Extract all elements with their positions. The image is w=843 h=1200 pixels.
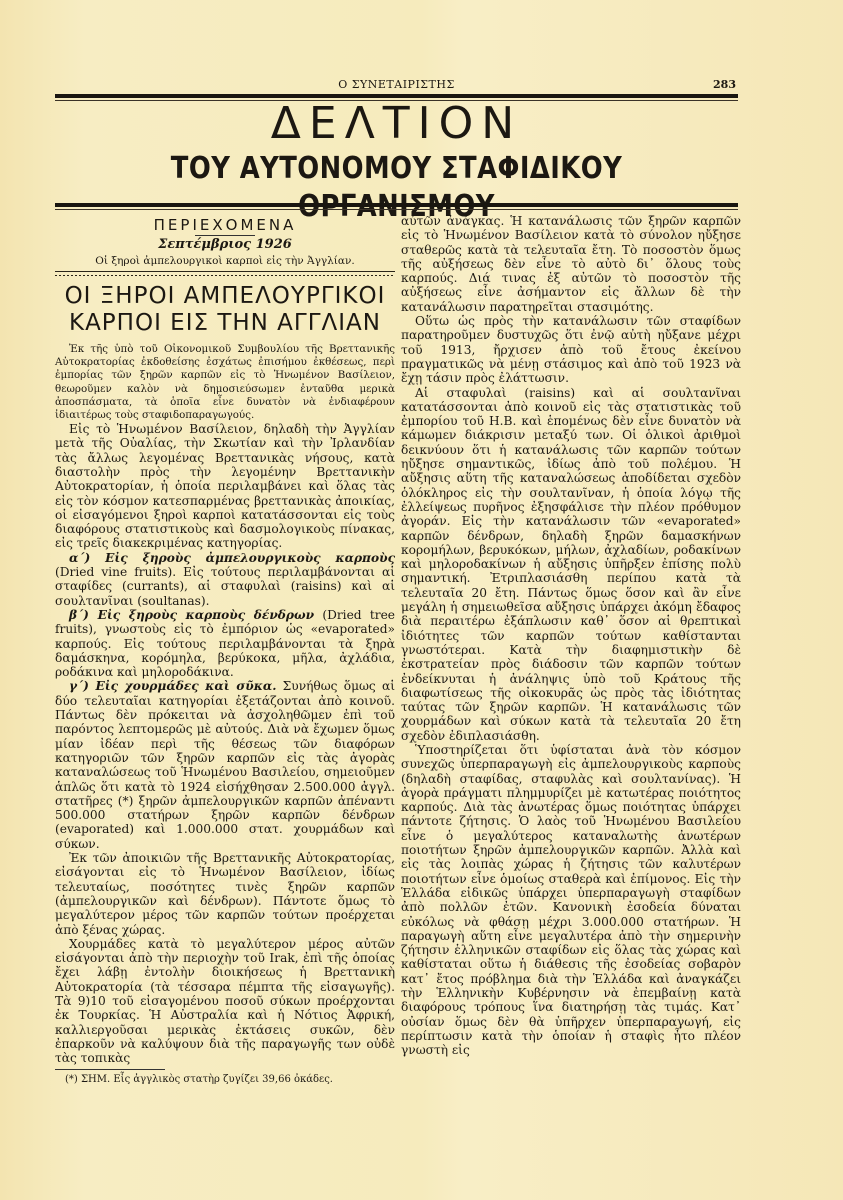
paragraph: γ΄) Εἰς χουρμάδες καὶ σῦκα. Συνήθως ὅμως…	[55, 679, 395, 851]
paragraph: Ἐκ τῶν ἀποικιῶν τῆς Βρεττανικῆς Αὐτοκρατ…	[55, 851, 395, 937]
contents-entry: Οἱ ξηροὶ ἀμπελουργικοὶ καρποὶ εἰς τὴν Ἀγ…	[55, 254, 395, 268]
issue-date: Σεπτέμβριος 1926	[55, 238, 395, 252]
paragraph: Οὕτω ὡς πρὸς τὴν κατανάλωσιν τῶν σταφίδω…	[401, 314, 741, 385]
article-title-line: ΟΙ ΞΗΡΟΙ ΑΜΠΕΛΟΥΡΓΙΚΟΙ	[55, 283, 395, 310]
wavy-divider	[55, 271, 395, 277]
category-label: β΄) Εἰς ξηροὺς καρποὺς δένδρων	[69, 608, 314, 622]
paragraph: Αἱ σταφυλαὶ (raisins) καὶ αἱ σουλτανῖναι…	[401, 386, 741, 743]
running-head: Ο ΣΥΝΕΤΑΙΡΙΣΤΗΣ 283	[55, 78, 738, 94]
left-column: ΠΕΡΙΕΧΟΜΕΝΑ Σεπτέμβριος 1926 Οἱ ξηροὶ ἀμ…	[55, 214, 395, 1086]
paragraph: Ὑποστηρίζεται ὅτι ὑφίσταται ἀνὰ τὸν κόσμ…	[401, 743, 741, 1058]
paragraph: α΄) Εἰς ξηροὺς ἀμπελουργικοὺς καρποὺς (D…	[55, 551, 395, 608]
right-column: αὐτῶν ἀνάγκας. Ἡ κατανάλωσις τῶν ξηρῶν κ…	[401, 214, 741, 1058]
page-number: 283	[713, 78, 736, 91]
journal-title: Ο ΣΥΝΕΤΑΙΡΙΣΤΗΣ	[55, 78, 738, 91]
category-label: γ΄) Εἰς χουρμάδες καὶ σῦκα.	[69, 679, 276, 693]
paragraph: Εἰς τὸ Ἡνωμένον Βασίλειον, δηλαδὴ τὴν Ἀγ…	[55, 422, 395, 551]
article-title-line: ΚΑΡΠΟΙ ΕΙΣ ΤΗΝ ΑΓΓΛΙΑΝ	[55, 310, 395, 337]
paragraph: Χουρμάδες κατὰ τὸ μεγαλύτερον μέρος αὐτῶ…	[55, 937, 395, 1066]
masthead-rule	[55, 203, 738, 207]
masthead-rule-thin	[55, 209, 738, 210]
paragraph: αὐτῶν ἀνάγκας. Ἡ κατανάλωσις τῶν ξηρῶν κ…	[401, 214, 741, 314]
paragraph: β΄) Εἰς ξηροὺς καρποὺς δένδρων (Dried tr…	[55, 608, 395, 679]
article-title: ΟΙ ΞΗΡΟΙ ΑΜΠΕΛΟΥΡΓΙΚΟΙ ΚΑΡΠΟΙ ΕΙΣ ΤΗΝ ΑΓ…	[55, 283, 395, 337]
category-label: α΄) Εἰς ξηροὺς ἀμπελουργικοὺς καρποὺς	[69, 551, 395, 565]
footnote: (*) ΣΗΜ. Εἷς ἀγγλικὸς στατὴρ ζυγίζει 39,…	[55, 1074, 395, 1086]
article-intro: Ἐκ τῆς ὑπὸ τοῦ Οἰκονομικοῦ Συμβουλίου τῆ…	[55, 343, 395, 422]
contents-divider	[195, 235, 255, 236]
footnote-divider	[55, 1069, 165, 1070]
contents-heading: ΠΕΡΙΕΧΟΜΕΝΑ	[55, 218, 395, 232]
masthead-title: ΔΕΛΤΙΟΝ	[55, 100, 738, 148]
